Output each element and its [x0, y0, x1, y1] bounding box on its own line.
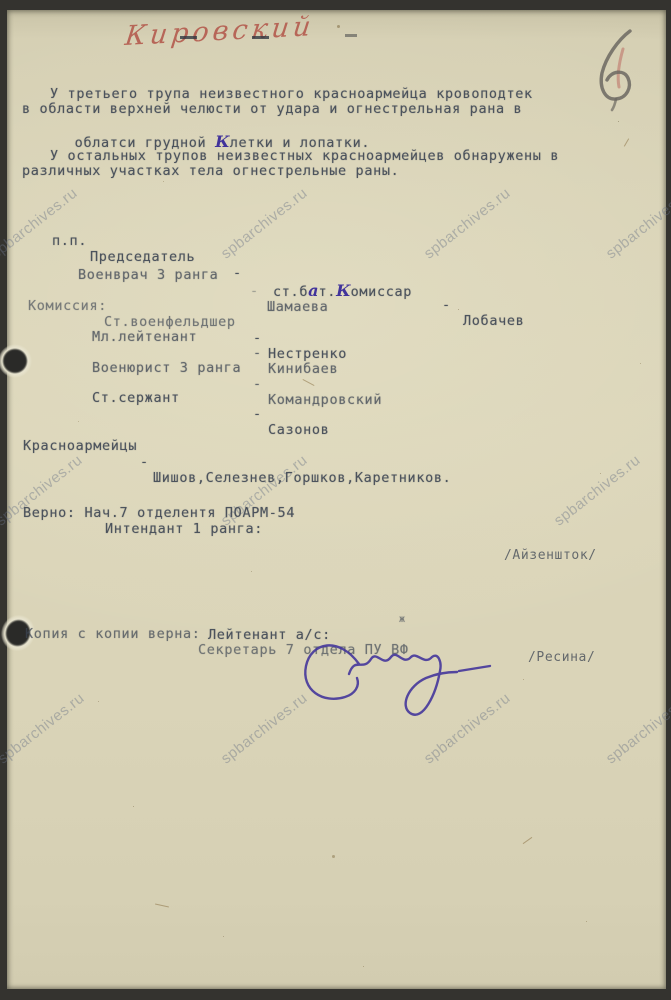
page-number-value: 6 — [650, 96, 651, 98]
row-dash: - — [253, 406, 262, 422]
paper-fiber — [523, 837, 533, 844]
verno-line: Интендант 1 ранга: — [105, 521, 263, 537]
typed-dash — [345, 34, 357, 37]
row-role: Ст.сержант — [92, 390, 180, 406]
watermark: spbarchives.ru — [603, 690, 671, 768]
page-number-pencil: 6 — [590, 27, 644, 111]
strike-mark: ж — [399, 614, 406, 625]
row-role: Военврач 3 ранга — [78, 267, 218, 283]
copy-label: Копия с копии верна: — [25, 626, 201, 642]
typewritten-line: У третьего трупа неизвестного красноарме… — [50, 86, 533, 102]
pencil-six-stroke — [601, 31, 630, 99]
typed-dash — [252, 36, 269, 39]
row-role: Мл.лейтенант — [92, 329, 197, 345]
handwritten-title: Кировский — [123, 11, 316, 52]
ink-signature — [297, 628, 507, 728]
soldiers-line: Красноармейцы - Шишов,Селезнев,Горшков,К… — [7, 422, 666, 502]
paper-fiber — [155, 904, 169, 908]
typed-dash — [180, 36, 197, 39]
typewritten-line: У остальных трупов неизвестных красноарм… — [50, 148, 559, 164]
row-dash: - — [140, 454, 149, 470]
scanned-document: spbarchives.ru spbarchives.ru spbarchive… — [0, 0, 671, 1000]
verno-line: Верно: Нач.7 отделентя ПОАРМ-54 — [23, 505, 295, 521]
typewritten-line: различных участках тела огнестрельные ра… — [22, 163, 399, 179]
typewritten-line: в области верхней челюсти от удара и огн… — [22, 101, 522, 117]
watermark: spbarchives.ru — [0, 690, 88, 768]
signature-name-typed: /Ресина/ — [528, 650, 595, 665]
paper-fiber — [624, 138, 629, 146]
document-page: spbarchives.ru spbarchives.ru spbarchive… — [7, 10, 666, 989]
soldiers-names: Шишов,Селезнев,Горшков,Каретников. — [153, 470, 451, 486]
row-prefix: п.п. — [52, 233, 87, 249]
signature-name-typed: /Айзеншток/ — [504, 548, 597, 563]
row-prefix: Комиссия: — [28, 298, 107, 314]
soldiers-label: Красноармейцы — [23, 438, 137, 454]
